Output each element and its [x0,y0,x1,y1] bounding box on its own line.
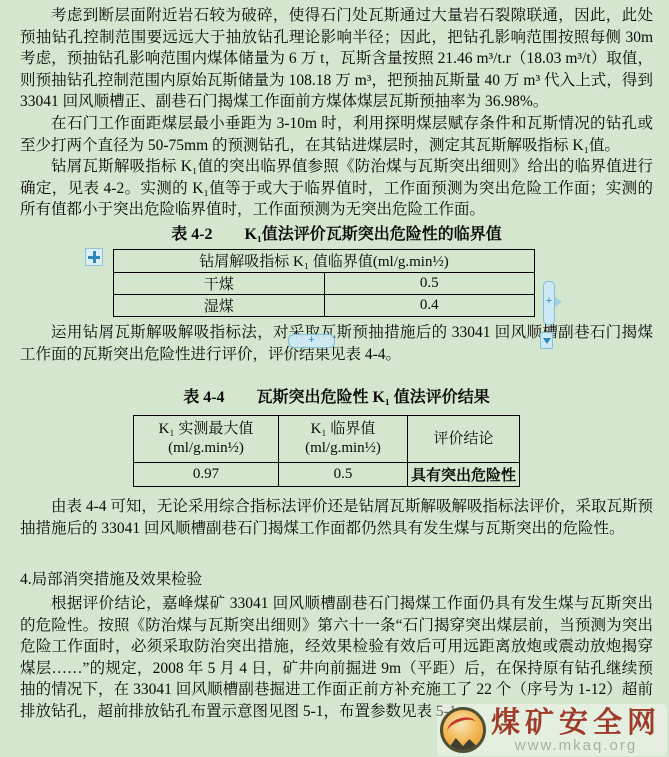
table-4-4-value-measured-max: 0.97 [134,463,279,487]
table-4-4: K₁ 实测最大值 (ml/g.min½) K₁ 临界值 (ml/g.min½) … [133,415,520,487]
table-corner-resize-handle[interactable] [540,332,553,349]
table-row: 干煤 0.5 [114,272,535,294]
table-4-4-header-threshold: K₁ 临界值 (ml/g.min½) [279,416,408,463]
table-4-4-value-conclusion: 具有突出危险性 [408,463,520,487]
logo-swoosh-icon [445,714,479,741]
table-4-4-header-conclusion: 评价结论 [408,416,520,463]
table-row: 钻屑解吸指标 K₁ 值临界值(ml/g.min½) [114,249,535,272]
table-4-2-title: 表 4-2 K₁值法评价瓦斯突出危险性的临界值 [20,224,653,246]
watermark-site-url: www.mkaq.org [515,738,637,753]
paragraph-evaluation-conclusion: 由表 4-4 可知，无论采用综合指标法评价还是钻屑瓦斯解吸解吸指标法评价，采取瓦… [20,496,653,539]
table-4-2: 钻屑解吸指标 K₁ 值临界值(ml/g.min½) 干煤 0.5 湿煤 0.4 [113,249,535,317]
paragraph-prediction-drilling: 在石门工作面距煤层最小垂距为 3-10m 时，利用探明煤层赋存条件和瓦斯情况的钻… [20,113,653,156]
table-row: 湿煤 0.4 [114,294,535,316]
watermark: 煤矿安全网 www.mkaq.org [437,704,667,756]
table-4-2-label-wet-coal: 湿煤 [114,294,325,316]
paragraph-k1-threshold-intro: 钻屑瓦斯解吸指标 K₁值的突出临界值参照《防治煤与瓦斯突出细则》给出的临界值进行… [20,156,653,221]
table-row: 0.97 0.5 具有突出危险性 [134,463,520,487]
table-4-2-header-cell: 钻屑解吸指标 K₁ 值临界值(ml/g.min½) [114,249,535,272]
document-body: 考虑到断层面附近岩石较为破碎，使得石门处瓦斯通过大量岩石裂隙联通，因此，此处预抽… [20,5,653,722]
table-resize-right-handle[interactable]: + [543,281,555,325]
move-cross-icon [93,251,96,263]
table-4-4-title: 表 4-4 瓦斯突出危险性 K₁ 值法评价结果 [20,387,653,409]
plus-icon: + [544,294,554,308]
table-move-handle-icon[interactable] [85,248,103,266]
arrow-right-icon [555,297,562,307]
table-row: K₁ 实测最大值 (ml/g.min½) K₁ 临界值 (ml/g.min½) … [134,416,520,463]
section-heading-local-measures: 4.局部消突措施及效果检验 [20,569,653,591]
table-insert-row-handle[interactable]: + [288,334,335,348]
table-4-2-value-wet-coal: 0.4 [324,294,535,316]
paragraph-evaluation-intro: 运用钻屑瓦斯解吸解吸指标法，对采取瓦斯预抽措施后的 33041 回风顺槽副巷石门… [20,322,653,365]
watermark-text: 煤矿安全网 www.mkaq.org [491,708,661,753]
table-4-2-label-dry-coal: 干煤 [114,272,325,294]
mkaq-logo-icon [440,707,486,753]
table-4-4-header-measured-max: K₁ 实测最大值 (ml/g.min½) [134,416,279,463]
plus-icon: + [289,334,334,347]
table-4-4-value-threshold: 0.5 [279,463,408,487]
paragraph-preextraction-rate: 考虑到断层面附近岩石较为破碎，使得石门处瓦斯通过大量岩石裂隙联通，因此，此处预抽… [20,5,653,113]
table-4-2-value-dry-coal: 0.5 [324,272,535,294]
watermark-site-name: 煤矿安全网 [491,708,661,738]
document-page: 考虑到断层面附近岩石较为破碎，使得石门处瓦斯通过大量岩石裂隙联通，因此，此处预抽… [0,0,669,757]
arrow-down-icon [543,338,551,344]
